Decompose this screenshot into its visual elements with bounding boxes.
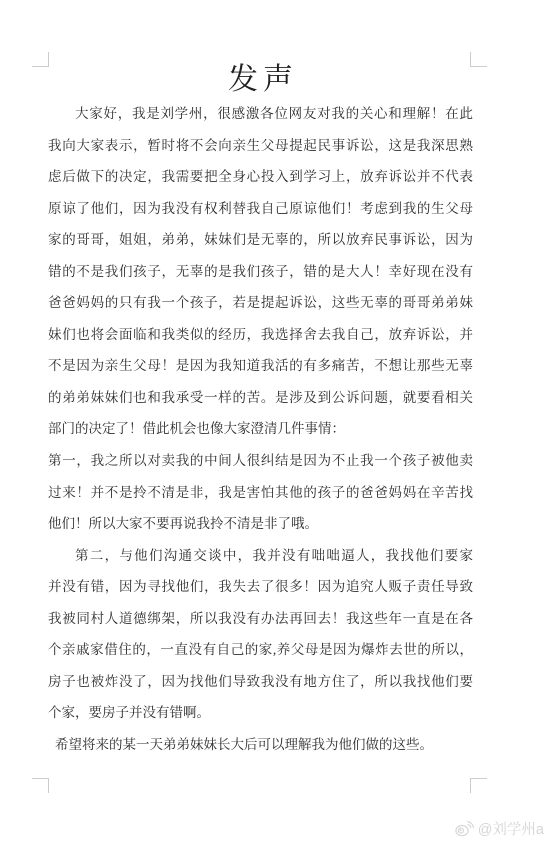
text-line: 他们！所以大家不要再说我拎不清是非了哦。 — [48, 508, 473, 540]
text-line: 的弟弟妹妹们也和我承受一样的苦。是涉及到公诉问题，就要看相关 — [48, 382, 473, 414]
page-corner-mark-bottom-left — [32, 778, 49, 793]
text-line: 第二，与他们沟通交谈中，我并没有咄咄逼人，我找他们要家 — [48, 540, 473, 572]
text-line: 我被同村人道德绑架，所以我没有办法再回去！我这些年一直是在各 — [48, 603, 473, 635]
text-line: 不是因为亲生父母！是因为我知道我活的有多痛苦，不想让那些无辜 — [48, 350, 473, 382]
text-line: 第一，我之所以对卖我的中间人很纠结是因为不止我一个孩子被他卖 — [48, 445, 473, 477]
weibo-icon — [455, 820, 475, 837]
text-line: 部门的决定了！借此机会也像大家澄清几件事情： — [48, 413, 473, 445]
text-line: 个家，要房子并没有错啊。 — [48, 697, 473, 729]
text-line: 个亲戚家借住的，一直没有自己的家,养父母是因为爆炸去世的所以， — [48, 634, 473, 666]
text-line: 原谅了他们，因为我没有权利替我自己原谅他们！考虑到我的生父母 — [48, 193, 473, 225]
text-line: 错的不是我们孩子，无辜的是我们孩子，错的是大人！幸好现在没有 — [48, 256, 473, 288]
watermark: @刘学州a — [455, 818, 544, 839]
text-line: 房子也被炸没了，因为找他们导致我没有地方住了，所以我找他们要 — [48, 666, 473, 698]
document-page: 发声 大家好，我是刘学州，很感激各位网友对我的关心和理解！在此我向大家表示，暂时… — [0, 0, 550, 847]
document-body: 大家好，我是刘学州，很感激各位网友对我的关心和理解！在此我向大家表示，暂时将不会… — [48, 98, 473, 760]
page-corner-mark-top-left — [32, 52, 49, 67]
text-line: 我向大家表示，暂时将不会向亲生父母提起民事诉讼，这是我深思熟 — [48, 130, 473, 162]
page-title: 发声 — [48, 58, 473, 102]
text-line: 家的哥哥，姐姐，弟弟，妹妹们是无辜的，所以放弃民事诉讼，因为 — [48, 224, 473, 256]
text-line: 妹们也将会面临和我类似的经历，我选择舍去我自己，放弃诉讼，并 — [48, 319, 473, 351]
page-corner-mark-bottom-right — [470, 778, 487, 793]
watermark-text: @刘学州a — [478, 818, 544, 839]
text-line: 并没有错，因为寻找他们，我失去了很多！因为追究人贩子责任导致 — [48, 571, 473, 603]
text-line: 虑后做下的决定，我需要把全身心投入到学习上，放弃诉讼并不代表 — [48, 161, 473, 193]
text-line: 希望将来的某一天弟弟妹妹长大后可以理解我为他们做的这些。 — [48, 729, 473, 761]
text-line: 过来！并不是拎不清是非，我是害怕其他的孩子的爸爸妈妈在辛苦找 — [48, 477, 473, 509]
text-line: 爸爸妈妈的只有我一个孩子，若是提起诉讼，这些无辜的哥哥弟弟妹 — [48, 287, 473, 319]
text-line: 大家好，我是刘学州，很感激各位网友对我的关心和理解！在此 — [48, 98, 473, 130]
